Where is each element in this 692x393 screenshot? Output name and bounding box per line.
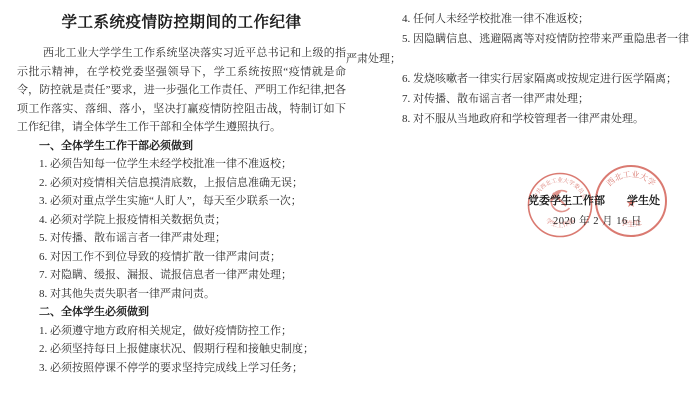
section-1-heading: 一、全体学生工作干部必须做到 — [17, 137, 346, 156]
list-item: 5. 因隐瞒信息、逃避隔离等对疫情防控带来严重隐患者一律严肃处理； — [346, 29, 689, 69]
list-item: 1. 必须告知每一位学生未经学校批准一律不准返校； — [17, 155, 346, 174]
section-2-heading: 二、全体学生必须做到 — [17, 303, 346, 322]
left-column: 学工系统疫情防控期间的工作纪律 西北工业大学学生工作系统坚决落实习近平总书记和上… — [17, 8, 346, 377]
list-item: 5. 对传播、散布谣言者一律严肃处理； — [17, 229, 346, 248]
intro-paragraph: 西北工业大学学生工作系统坚决落实习近平总书记和上级的指示批示精神，在学校党委坚强… — [17, 44, 346, 137]
signature-department-left: 党委学生工作部 — [528, 192, 605, 208]
signature-date: 2020 年 2 月 16 日 — [553, 213, 642, 228]
list-item: 6. 发烧咳嗽者一律实行居家隔离或按规定进行医学隔离； — [346, 69, 689, 89]
page-title: 学工系统疫情防控期间的工作纪律 — [17, 10, 346, 32]
signature-department-right: 学生处 — [627, 192, 660, 208]
document-page: 学工系统疫情防控期间的工作纪律 西北工业大学学生工作系统坚决落实习近平总书记和上… — [0, 0, 692, 393]
list-item: 7. 对隐瞒、缓报、漏报、谎报信息者一律严肃处理； — [17, 266, 346, 285]
list-item: 4. 任何人未经学校批准一律不准返校； — [346, 9, 689, 29]
list-item: 2. 必须对疫情相关信息摸清底数，上报信息准确无误； — [17, 174, 346, 193]
list-item: 7. 对传播、散布谣言者一律严肃处理； — [346, 89, 689, 109]
list-item: 3. 必须按照停课不停学的要求坚持完成线上学习任务； — [17, 359, 346, 378]
list-item: 1. 必须遵守地方政府相关规定，做好疫情防控工作； — [17, 322, 346, 341]
list-item: 8. 对其他失责失职者一律严肃问责。 — [17, 285, 346, 304]
right-column: 4. 任何人未经学校批准一律不准返校； 5. 因隐瞒信息、逃避隔离等对疫情防控带… — [346, 9, 689, 129]
list-item: 6. 对因工作不到位导致的疫情扩散一律严肃问责； — [17, 248, 346, 267]
list-item: 3. 必须对重点学生实施“人盯人”，每天至少联系一次； — [17, 192, 346, 211]
list-item: 8. 对不服从当地政府和学校管理者一律严肃处理。 — [346, 109, 689, 129]
list-item: 2. 必须坚持每日上报健康状况、假期行程和接触史制度； — [17, 340, 346, 359]
signature-line: 党委学生工作部 学生处 — [528, 192, 660, 208]
list-item: 4. 必须对学院上报疫情相关数据负责； — [17, 211, 346, 230]
